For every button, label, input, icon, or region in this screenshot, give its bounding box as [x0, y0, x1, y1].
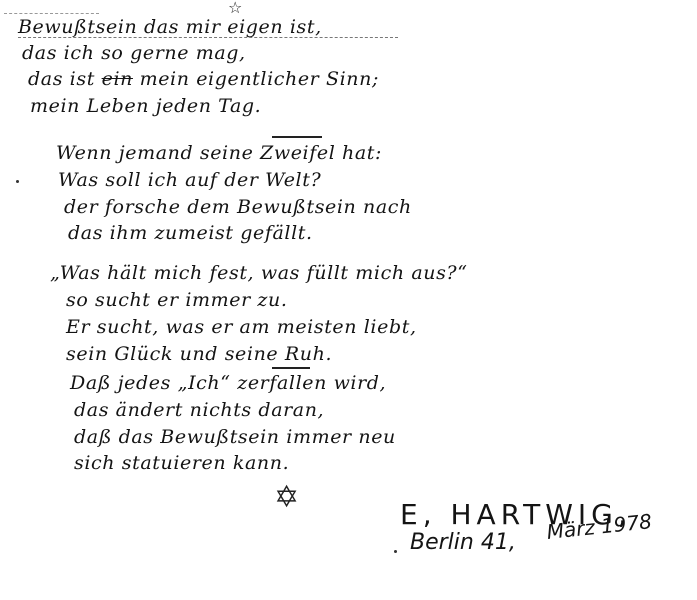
- poem-line-4-2: das ändert nichts daran,: [74, 399, 324, 421]
- poem-line-2-4: das ihm zumeist gefällt.: [68, 222, 313, 244]
- struck-word: ein: [102, 68, 133, 90]
- poem-line-1-4: mein Leben jeden Tag.: [30, 95, 261, 117]
- poem-line-4-4: sich statuieren kann.: [74, 452, 289, 474]
- poem-line-1-1: Bewußtsein das mir eigen ist,: [18, 16, 322, 38]
- poem-line-4-1: Daß jedes „Ich“ zerfallen wird,: [70, 372, 386, 394]
- poem-line-1-2: das ich so gerne mag,: [22, 42, 246, 64]
- poem-line-4-3: daß das Bewußtsein immer neu: [74, 426, 396, 448]
- star-of-david-icon: ✡: [274, 480, 299, 515]
- underline-rule: [18, 37, 398, 38]
- small-star-mark-icon: ☆: [228, 0, 242, 17]
- stray-dot: [16, 180, 19, 183]
- poem-line-3-3: Er sucht, was er am meisten liebt,: [66, 316, 417, 338]
- handwritten-page: ☆ Bewußtsein das mir eigen ist, das ich …: [0, 0, 697, 600]
- top-dashed-rule: [4, 13, 99, 14]
- poem-line-3-4: sein Glück und seine Ruh.: [66, 343, 332, 365]
- poem-line-3-2: so sucht er immer zu.: [66, 289, 288, 311]
- signature-dot: [394, 550, 397, 553]
- line-1-3-part-a: das ist: [28, 68, 102, 90]
- poem-line-2-1: Wenn jemand seine Zweifel hat:: [56, 142, 382, 164]
- poem-line-2-3: der forsche dem Bewußtsein nach: [64, 196, 412, 218]
- poem-line-3-1: „Was hält mich fest, was füllt mich aus?…: [50, 262, 468, 284]
- overline-mark: [272, 136, 322, 138]
- poem-line-2-2: Was soll ich auf der Welt?: [58, 169, 321, 191]
- overline-mark-2: [272, 367, 310, 369]
- poem-line-1-3: das ist ein mein eigentlicher Sinn;: [28, 68, 379, 90]
- signature-place: Berlin 41,: [410, 530, 516, 555]
